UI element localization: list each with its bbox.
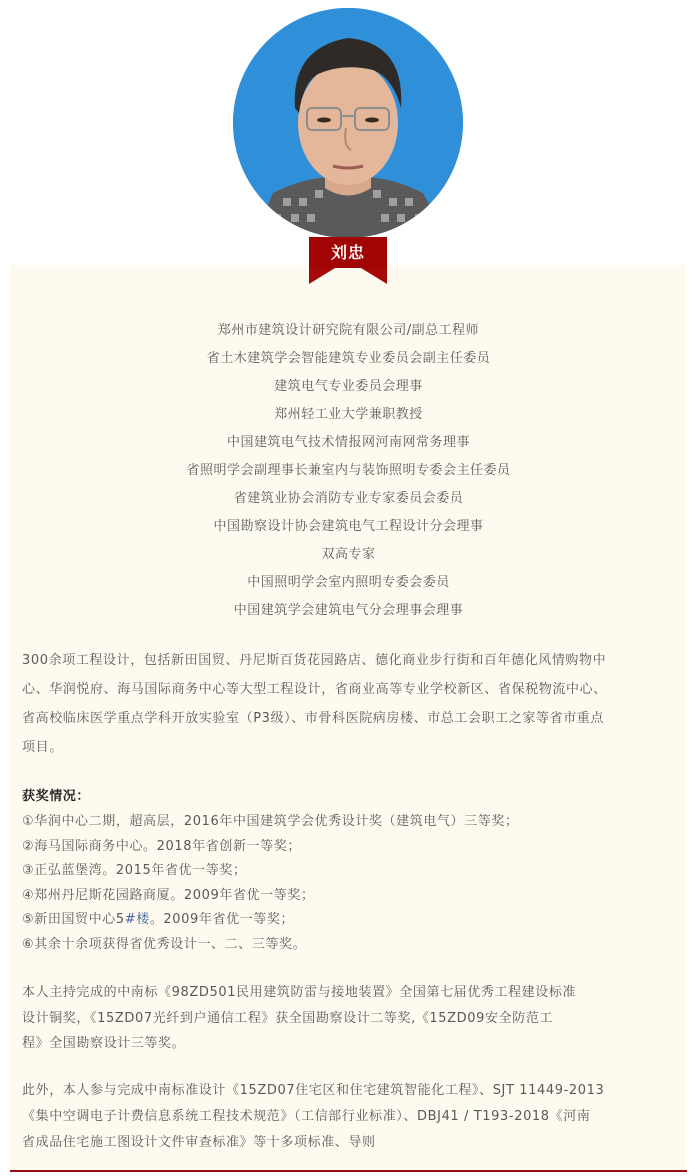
award-item-prefix: ⑤新田国贸中心5 [22, 912, 125, 927]
paragraph-line: 程》全国勘察设计三等奖。 [22, 1031, 677, 1057]
title-line: 郑州轻工业大学兼职教授 [10, 401, 687, 429]
title-line: 中国照明学会室内照明专委会委员 [10, 569, 687, 597]
award-item: ⑥其余十余项获得省优秀设计一、二、三等奖。 [22, 933, 677, 958]
paragraph-line: 心、华润悦府、海马国际商务中心等大型工程设计，省商业高等专业学校新区、省保税物流… [22, 675, 677, 704]
award-item: ③正弘蓝堡湾。2015年省优一等奖； [22, 859, 677, 884]
award-item: ①华润中心二期，超高层，2016年中国建筑学会优秀设计奖（建筑电气）三等奖； [22, 810, 677, 835]
award-item: ②海马国际商务中心。2018年省创新一等奖； [22, 835, 677, 860]
title-line: 中国勘察设计协会建筑电气工程设计分会理事 [10, 513, 687, 541]
title-line: 中国建筑电气技术情报网河南网常务理事 [10, 429, 687, 457]
title-line: 省建筑业协会消防专业专家委员会委员 [10, 485, 687, 513]
standards-paragraph: 本人主持完成的中南标《98ZD501民用建筑防雷与接地装置》全国第七届优秀工程建… [22, 980, 677, 1057]
hashtag-link[interactable]: #楼 [125, 912, 150, 927]
paragraph-line: 本人主持完成的中南标《98ZD501民用建筑防雷与接地装置》全国第七届优秀工程建… [22, 980, 677, 1006]
paragraph-line: 省成品住宅施工图设计文件审查标准》等十多项标准、导则 [22, 1130, 677, 1156]
title-line: 中国建筑学会建筑电气分会理事会理事 [10, 597, 687, 625]
title-list: 郑州市建筑设计研究院有限公司/副总工程师 省土木建筑学会智能建筑专业委员会副主任… [10, 317, 687, 625]
portrait-photo-icon [233, 8, 463, 238]
award-item: ④郑州丹尼斯花园路商厦。2009年省优一等奖； [22, 884, 677, 909]
paragraph-line: 设计铜奖，《15ZD07光纤到户通信工程》获全国勘察设计二等奖,《15ZD09安… [22, 1006, 677, 1032]
award-item: ⑤新田国贸中心5#楼。2009年省优一等奖； [22, 908, 677, 933]
paragraph-line: 项目。 [22, 733, 677, 762]
title-line: 建筑电气专业委员会理事 [10, 373, 687, 401]
award-item-suffix: 。2009年省优一等奖； [150, 912, 294, 927]
title-line: 郑州市建筑设计研究院有限公司/副总工程师 [10, 317, 687, 345]
title-line: 省照明学会副理事长兼室内与装饰照明专委会主任委员 [10, 457, 687, 485]
ribbon-tab-left [309, 268, 335, 284]
title-line: 双高专家 [10, 541, 687, 569]
paragraph-line: 省高校临床医学重点学科开放实验室（P3级）、市骨科医院病房楼、市总工会职工之家等… [22, 704, 677, 733]
avatar [233, 8, 463, 238]
name-badge: 刘忠 [309, 237, 387, 268]
awards-section: 获奖情况： ①华润中心二期，超高层，2016年中国建筑学会优秀设计奖（建筑电气）… [22, 784, 677, 957]
paragraph-line: 300余项工程设计，包括新田国贸、丹尼斯百货花园路店、德化商业步行街和百年德化风… [22, 646, 677, 675]
paragraph-line: 此外，本人参与完成中南标准设计《15ZD07住宅区和住宅建筑智能化工程》、SJT… [22, 1078, 677, 1104]
projects-paragraph: 300余项工程设计，包括新田国贸、丹尼斯百货花园路店、德化商业步行街和百年德化风… [22, 646, 677, 762]
paragraph-line: 《集中空调电子计费信息系统工程技术规范》（工信部行业标准）、DBJ41 / T1… [22, 1104, 677, 1130]
participation-paragraph: 此外，本人参与完成中南标准设计《15ZD07住宅区和住宅建筑智能化工程》、SJT… [22, 1078, 677, 1156]
awards-heading: 获奖情况： [22, 784, 677, 810]
ribbon-tab-right [361, 268, 387, 284]
title-line: 省土木建筑学会智能建筑专业委员会副主任委员 [10, 345, 687, 373]
